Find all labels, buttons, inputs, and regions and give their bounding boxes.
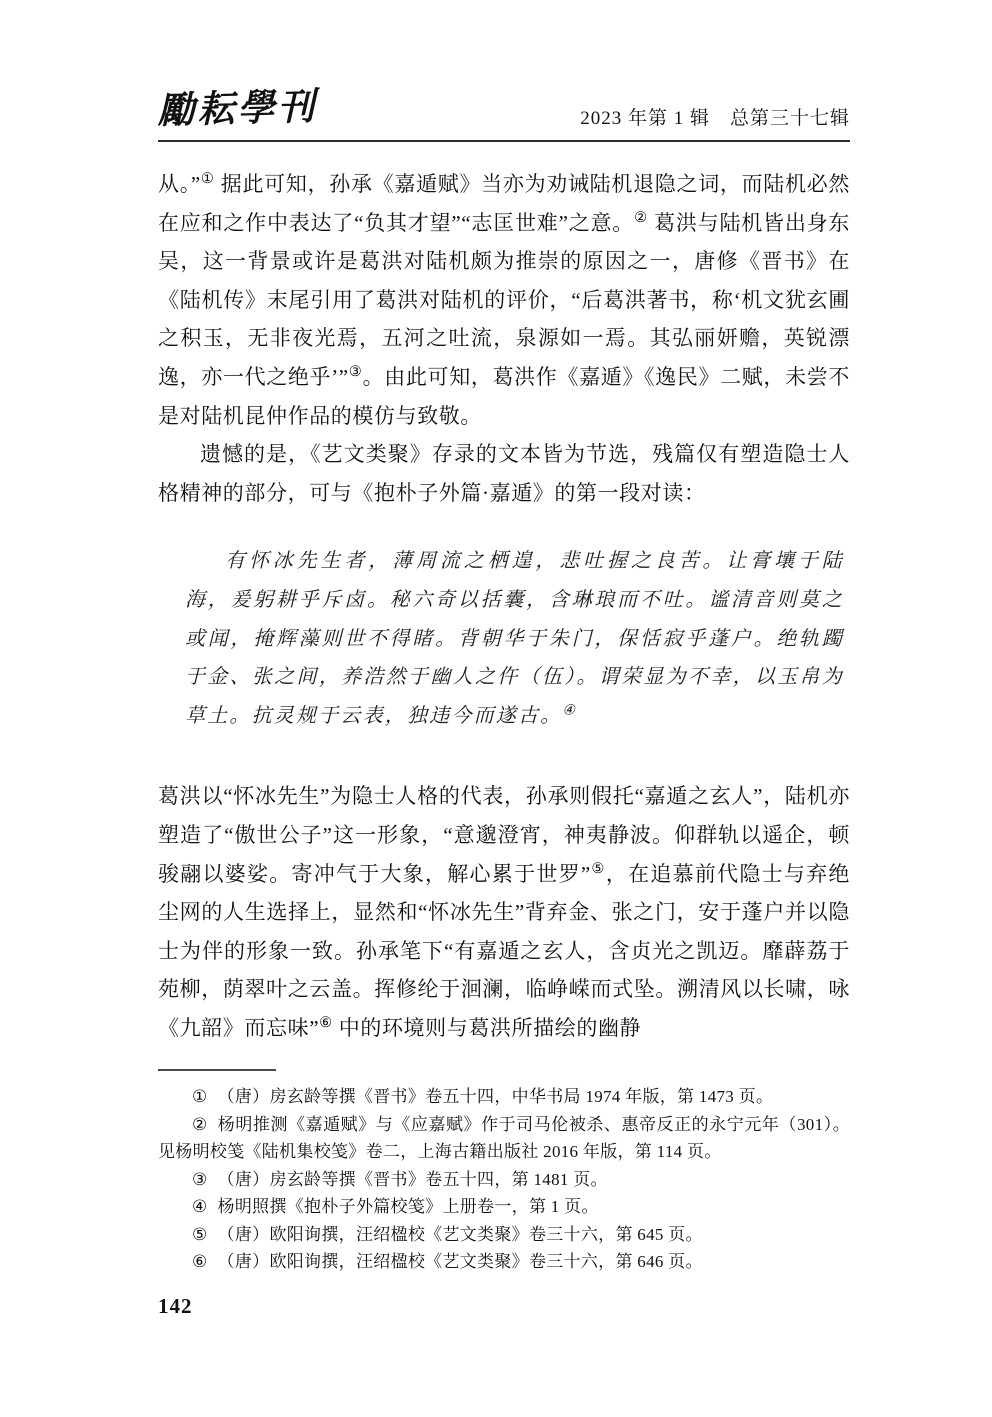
footnote-text: 杨明推测《嘉遁赋》与《应嘉赋》作于司马伦被杀、惠帝反正的永宁元年（301）。见杨… bbox=[158, 1115, 850, 1162]
paragraph-2: 遗憾的是，《艺文类聚》存录的文本皆为节选，残篇仅有塑造隐士人格精神的部分，可与《… bbox=[158, 435, 850, 512]
footnote-marker: ③ bbox=[192, 1170, 208, 1189]
footnote-text: （唐）欧阳询撰，汪绍楹校《艺文类聚》卷三十六，第 646 页。 bbox=[218, 1252, 703, 1271]
page-content: 勵耘學刊 2023 年第 1 辑 总第三十七辑 从。”① 据此可知，孙承《嘉遁赋… bbox=[158, 0, 850, 1319]
footnote-5: ⑤（唐）欧阳询撰，汪绍楹校《艺文类聚》卷三十六，第 645 页。 bbox=[158, 1221, 850, 1249]
article-body: 从。”① 据此可知，孙承《嘉遁赋》当亦为劝诫陆机退隐之词，而陆机必然在应和之作中… bbox=[158, 165, 850, 1047]
footnote-separator bbox=[158, 1069, 276, 1071]
footnote-text: （唐）房玄龄等撰《晋书》卷五十四，中华书局 1974 年版，第 1473 页。 bbox=[218, 1087, 774, 1106]
footnote-marker: ⑥ bbox=[192, 1252, 208, 1271]
footnote-reference: ④ bbox=[562, 703, 577, 718]
footnote-3: ③（唐）房玄龄等撰《晋书》卷五十四，第 1481 页。 bbox=[158, 1166, 850, 1194]
footnote-marker: ① bbox=[192, 1087, 208, 1106]
footnote-marker: ④ bbox=[192, 1197, 208, 1216]
footnote-reference: ⑤ bbox=[591, 861, 606, 877]
footnote-4: ④杨明照撰《抱朴子外篇校笺》上册卷一，第 1 页。 bbox=[158, 1193, 850, 1221]
page-number: 142 bbox=[158, 1294, 850, 1319]
footnote-reference: ⑥ bbox=[319, 1015, 333, 1031]
footnote-6: ⑥（唐）欧阳询撰，汪绍楹校《艺文类聚》卷三十六，第 646 页。 bbox=[158, 1248, 850, 1276]
footnote-reference: ① bbox=[201, 171, 215, 187]
footnotes: ①（唐）房玄龄等撰《晋书》卷五十四，中华书局 1974 年版，第 1473 页。… bbox=[158, 1083, 850, 1276]
footnote-text: （唐）房玄龄等撰《晋书》卷五十四，第 1481 页。 bbox=[218, 1170, 608, 1189]
footnote-reference: ③ bbox=[349, 364, 363, 380]
footnote-2: ②杨明推测《嘉遁赋》与《应嘉赋》作于司马伦被杀、惠帝反正的永宁元年（301）。见… bbox=[158, 1111, 850, 1166]
footnote-marker: ② bbox=[192, 1115, 208, 1134]
page-header: 勵耘學刊 2023 年第 1 辑 总第三十七辑 bbox=[158, 84, 850, 142]
paragraph-1: 从。”① 据此可知，孙承《嘉遁赋》当亦为劝诫陆机退隐之词，而陆机必然在应和之作中… bbox=[158, 165, 850, 435]
issue-info: 2023 年第 1 辑 总第三十七辑 bbox=[580, 109, 850, 132]
footnote-reference: ② bbox=[634, 210, 648, 226]
footnote-marker: ⑤ bbox=[192, 1225, 208, 1244]
footnote-text: 杨明照撰《抱朴子外篇校笺》上册卷一，第 1 页。 bbox=[218, 1197, 599, 1216]
footnote-1: ①（唐）房玄龄等撰《晋书》卷五十四，中华书局 1974 年版，第 1473 页。 bbox=[158, 1083, 850, 1111]
paragraph-3: 葛洪以“怀冰先生”为隐士人格的代表，孙承则假托“嘉遁之玄人”，陆机亦塑造了“傲世… bbox=[158, 777, 850, 1047]
block-quote: 有怀冰先生者，薄周流之栖遑，悲吐握之良苦。让膏壤于陆海，爰躬耕乎斥卤。秘六奇以括… bbox=[185, 542, 844, 735]
journal-page: { "header": { "journal_logo": "勵耘學刊", "i… bbox=[0, 0, 992, 1417]
footnote-text: （唐）欧阳询撰，汪绍楹校《艺文类聚》卷三十六，第 645 页。 bbox=[218, 1225, 703, 1244]
journal-logo: 勵耘學刊 bbox=[157, 89, 318, 132]
